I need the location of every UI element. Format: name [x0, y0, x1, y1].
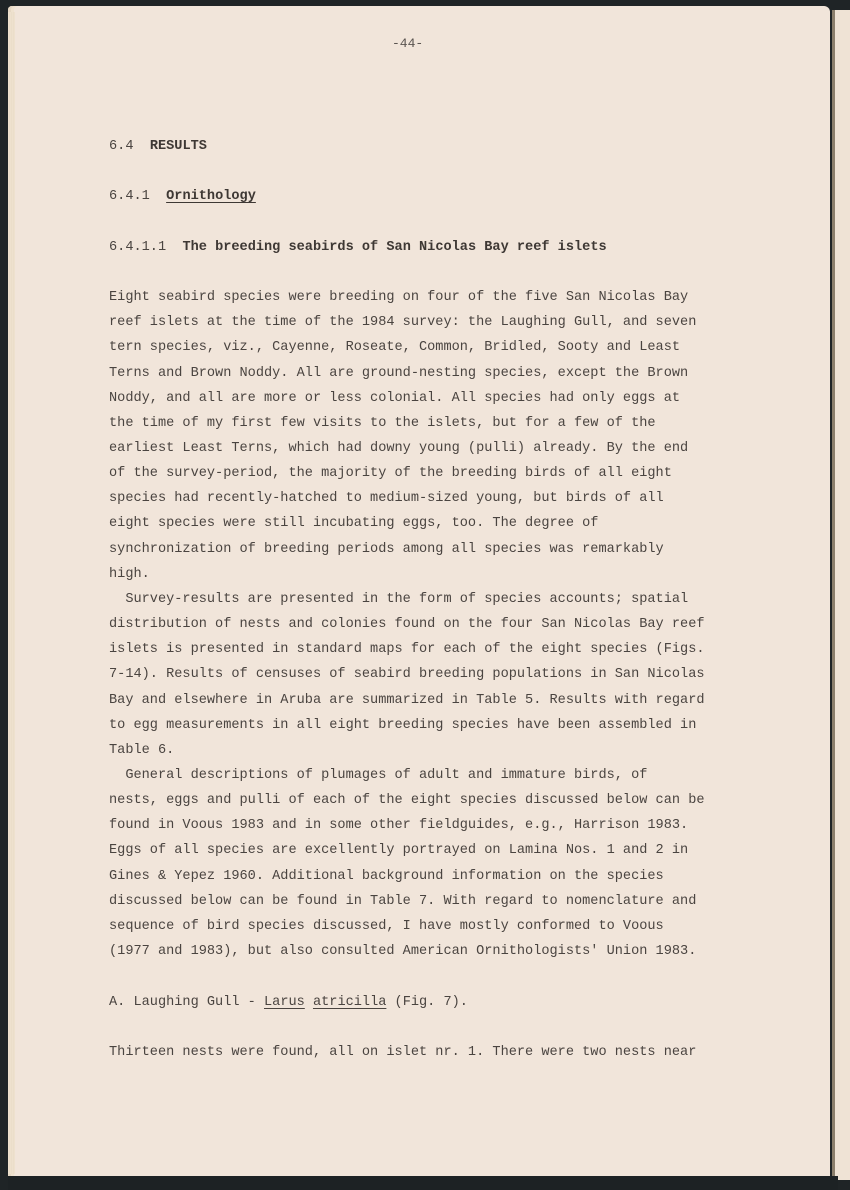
page-number: -44- [392, 36, 423, 51]
scan-border [8, 1176, 838, 1190]
text-line: Eggs of all species are excellently port… [109, 843, 688, 859]
text-line: Eight seabird species were breeding on f… [109, 290, 688, 306]
text-line: found in Voous 1983 and in some other fi… [109, 818, 688, 834]
text-line: synchronization of breeding periods amon… [109, 542, 664, 558]
text-line: (1977 and 1983), but also consulted Amer… [109, 944, 696, 960]
text-line: eight species were still incubating eggs… [109, 516, 598, 532]
text-line: Bay and elsewhere in Aruba are summarize… [109, 693, 705, 709]
text-line: Gines & Yepez 1960. Additional backgroun… [109, 869, 664, 885]
text-line: discussed below can be found in Table 7.… [109, 894, 696, 910]
subsection-heading: 6.4.1 Ornithology [109, 189, 256, 205]
species-epithet: atricilla [313, 995, 386, 1010]
text-line: tern species, viz., Cayenne, Roseate, Co… [109, 340, 680, 356]
subsubsection-heading: 6.4.1.1 The breeding seabirds of San Nic… [109, 240, 607, 256]
figure-reference: (Fig. 7). [386, 995, 468, 1010]
text-line: sequence of bird species discussed, I ha… [109, 919, 664, 935]
text-line: species had recently-hatched to medium-s… [109, 491, 664, 507]
species-heading: A. Laughing Gull - Larus atricilla (Fig.… [109, 995, 468, 1011]
text-line: nests, eggs and pulli of each of the eig… [109, 793, 705, 809]
text-line: distribution of nests and colonies found… [109, 617, 705, 633]
text-line: 7-14). Results of censuses of seabird br… [109, 667, 705, 683]
text-line: Survey-results are presented in the form… [109, 592, 688, 608]
space [305, 995, 313, 1010]
scanned-page: -44- 6.4 RESULTS 6.4.1 Ornithology 6.4.1… [0, 0, 850, 1190]
species-common-name: A. Laughing Gull - [109, 995, 264, 1010]
text-line: reef islets at the time of the 1984 surv… [109, 315, 696, 331]
subsubsection-title: The breeding seabirds of San Nicolas Bay… [182, 240, 606, 255]
text-line: to egg measurements in all eight breedin… [109, 718, 696, 734]
species-genus: Larus [264, 995, 305, 1010]
section-number: 6.4 [109, 139, 133, 154]
section-heading: 6.4 RESULTS [109, 139, 207, 155]
page-stack-edge [8, 12, 15, 1174]
text-line: the time of my first few visits to the i… [109, 416, 656, 432]
text-line: Terns and Brown Noddy. All are ground-ne… [109, 366, 688, 382]
text-line: islets is presented in standard maps for… [109, 642, 705, 658]
subsubsection-number: 6.4.1.1 [109, 240, 166, 255]
text-line: Table 6. [109, 743, 174, 759]
subsection-number: 6.4.1 [109, 189, 150, 204]
next-page-edge [832, 10, 850, 1180]
text-line: Noddy, and all are more or less colonial… [109, 391, 680, 407]
subsection-title: Ornithology [166, 189, 256, 204]
text-line: high. [109, 567, 150, 583]
section-title: RESULTS [150, 139, 207, 154]
text-line: earliest Least Terns, which had downy yo… [109, 441, 688, 457]
text-line: General descriptions of plumages of adul… [109, 768, 647, 784]
text-line: of the survey-period, the majority of th… [109, 466, 672, 482]
text-line: Thirteen nests were found, all on islet … [109, 1045, 696, 1061]
